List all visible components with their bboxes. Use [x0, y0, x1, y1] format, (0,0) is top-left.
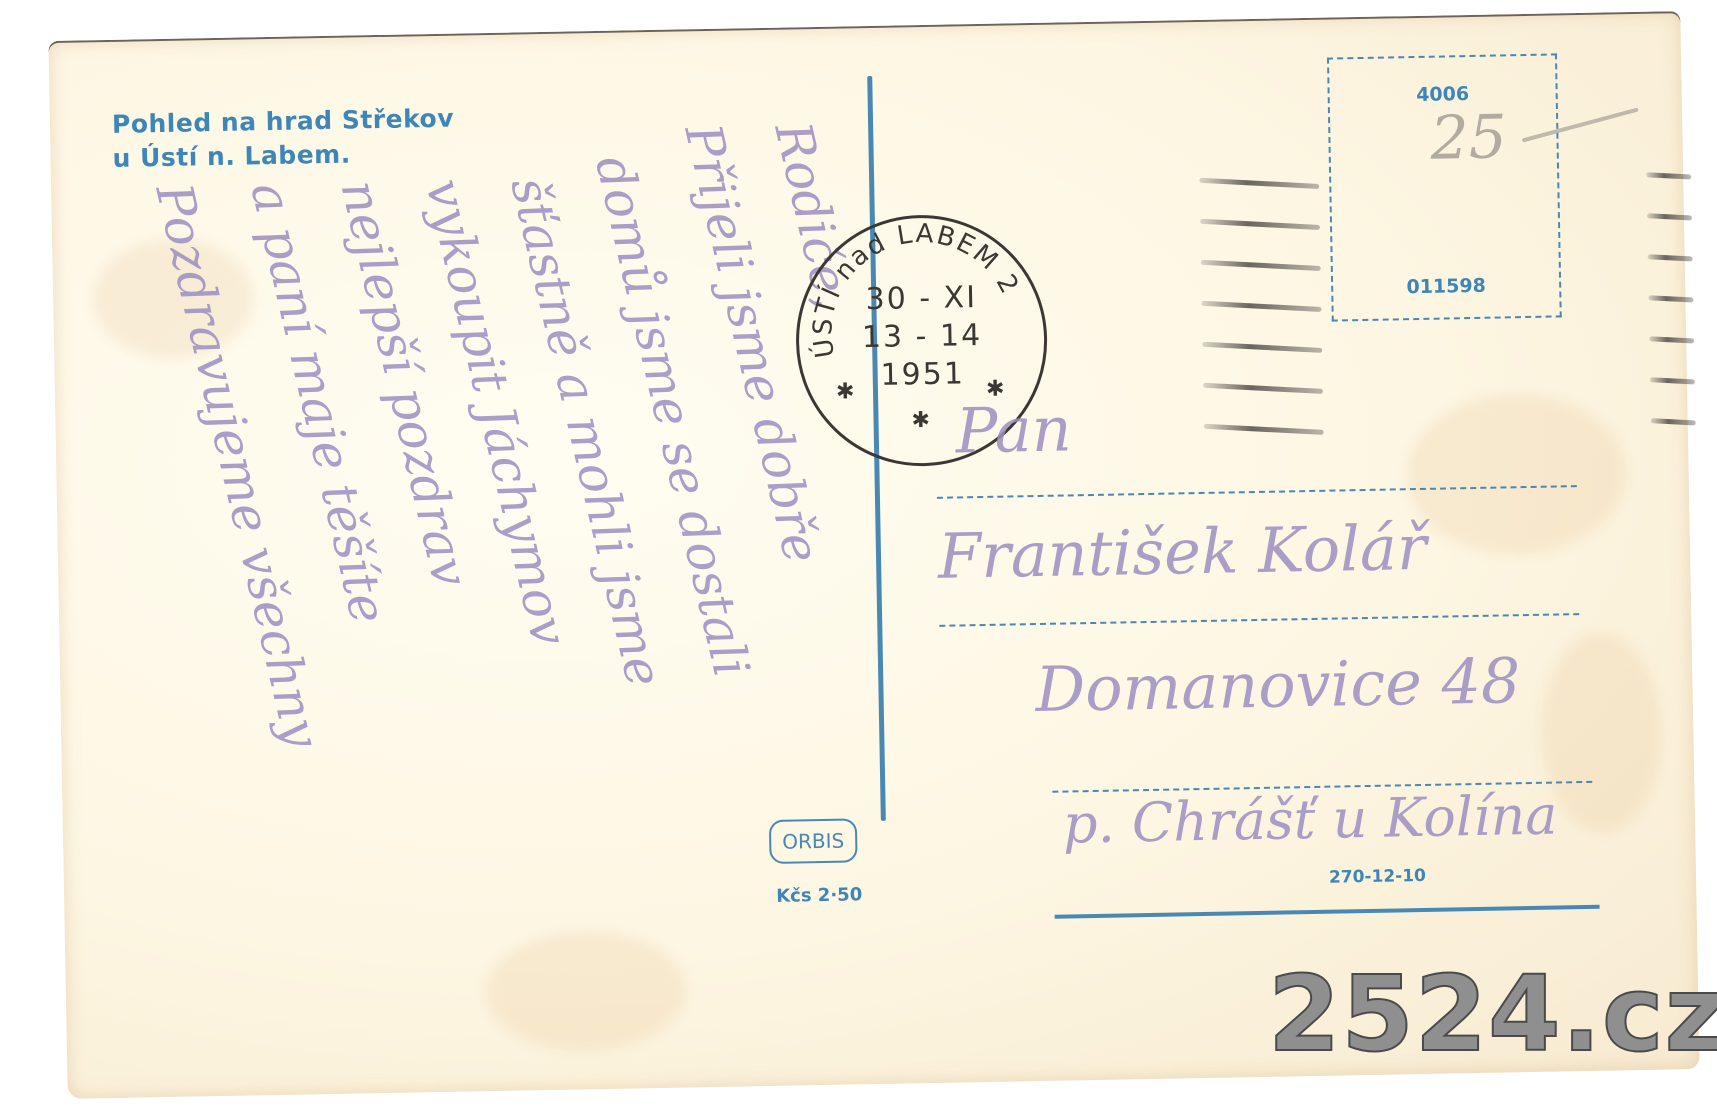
stamp-box-serial: 011598	[1333, 273, 1559, 299]
stamp-box: 4006 011598	[1327, 53, 1562, 321]
caption-line-2: u Ústí n. Labem.	[112, 136, 455, 176]
address-street: Domanovice 48	[1035, 644, 1521, 726]
postmark-time: 13 - 14	[857, 317, 988, 357]
watermark: 2524.cz	[1268, 962, 1717, 1066]
postmark-date-block: 30 - XI 13 - 14 1951	[856, 279, 988, 395]
postcard-back: Pohled na hrad Střekov u Ústí n. Labem. …	[48, 11, 1699, 1099]
caption: Pohled na hrad Střekov u Ústí n. Labem.	[112, 102, 455, 176]
pencil-note: 25	[1430, 102, 1508, 173]
machine-cancellation	[1646, 173, 1696, 461]
address-salutation: Pan	[955, 392, 1072, 467]
orbis-logo: ORBIS	[769, 818, 858, 864]
star-icon: ✱	[836, 379, 855, 404]
paper-stain	[1540, 632, 1664, 834]
address-line	[939, 613, 1579, 627]
catalog-number: 270-12-10	[1329, 866, 1426, 888]
address-name: František Kolář	[937, 511, 1427, 593]
address-post-office: p. Chrášť u Kolína	[1062, 784, 1558, 856]
caption-line-1: Pohled na hrad Střekov	[112, 102, 455, 142]
address-line-solid	[1055, 905, 1600, 919]
machine-cancellation	[1199, 180, 1324, 469]
postmark-year: 1951	[857, 355, 988, 395]
paper-stain	[485, 930, 687, 1054]
paper-stain	[1405, 392, 1628, 556]
price: Kčs 2·50	[776, 884, 862, 907]
star-icon: ✱	[911, 408, 930, 433]
postmark-date: 30 - XI	[856, 279, 987, 319]
